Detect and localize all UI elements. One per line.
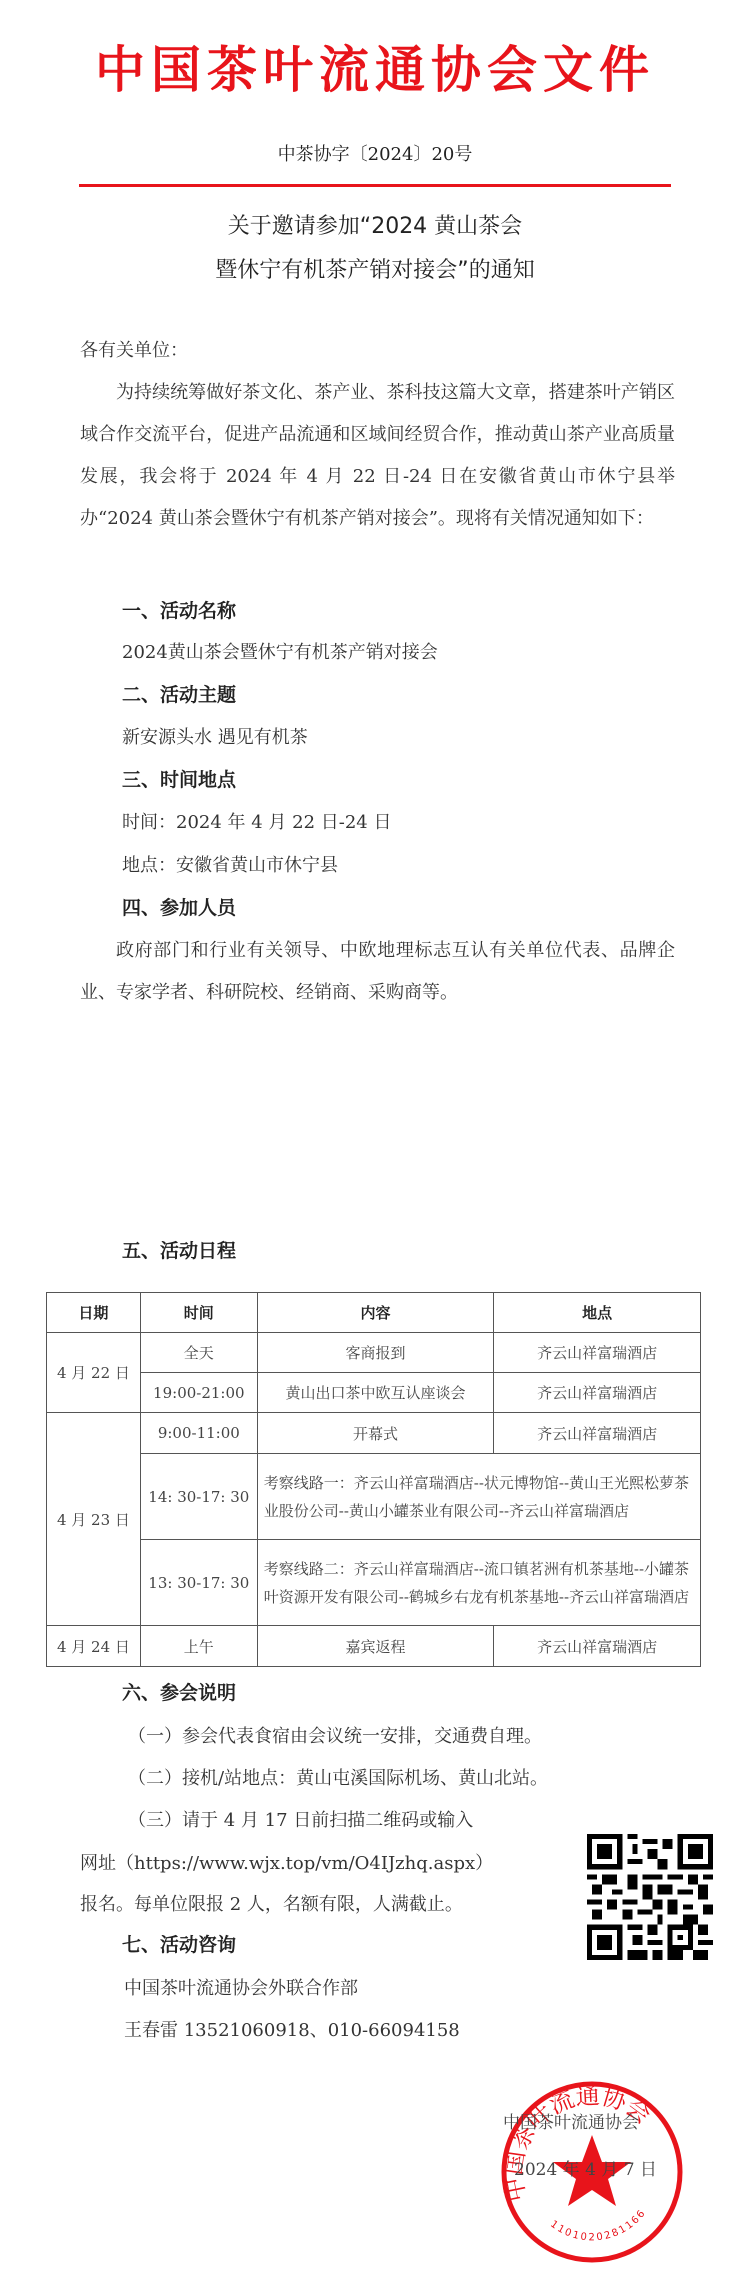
section-3-time: 时间：2024 年 4 月 22 日-24 日 bbox=[122, 802, 391, 844]
content-cell: 黄山出口茶中欧互认座谈会 bbox=[257, 1373, 494, 1413]
content-cell: 开幕式 bbox=[257, 1413, 494, 1454]
place-cell: 齐云山祥富瑞酒店 bbox=[494, 1373, 701, 1413]
schedule-table: 日期 时间 内容 地点 4 月 22 日 全天 客商报到 齐云山祥富瑞酒店 19… bbox=[46, 1292, 701, 1667]
contact-department: 中国茶叶流通协会外联合作部 bbox=[124, 1968, 358, 2010]
document-number: 中茶协字〔2024〕20号 bbox=[0, 140, 750, 166]
notice-title-line1: 关于邀请参加“2024 黄山茶会 bbox=[0, 205, 750, 249]
place-cell: 齐云山祥富瑞酒店 bbox=[494, 1626, 701, 1667]
table-row: 4 月 24 日 上午 嘉宾返程 齐云山祥富瑞酒店 bbox=[47, 1626, 701, 1667]
section-3-heading: 三、时间地点 bbox=[122, 759, 236, 801]
header-content: 内容 bbox=[257, 1293, 494, 1333]
section-4-heading: 四、参加人员 bbox=[122, 887, 236, 929]
table-row: 4 月 23 日 9:00-11:00 开幕式 齐云山祥富瑞酒店 bbox=[47, 1413, 701, 1454]
svg-text:1101020281166: 1101020281166 bbox=[548, 2207, 649, 2243]
seal-code: 1101020281166 bbox=[548, 2207, 649, 2243]
section-2-heading: 二、活动主题 bbox=[122, 674, 236, 716]
date-cell: 4 月 23 日 bbox=[47, 1413, 141, 1626]
section-6-item-3: （三）请于 4 月 17 日前扫描二维码或输入 bbox=[128, 1800, 473, 1842]
content-cell-route-1: 考察线路一：齐云山祥富瑞酒店--状元博物馆--黄山王光熙松萝茶业股份公司--黄山… bbox=[257, 1454, 700, 1540]
time-cell: 9:00-11:00 bbox=[140, 1413, 257, 1454]
contact-info: 王春雷 13521060918、010-66094158 bbox=[124, 2010, 460, 2052]
header-time: 时间 bbox=[140, 1293, 257, 1333]
date-cell: 4 月 22 日 bbox=[47, 1333, 141, 1413]
section-3-place: 地点：安徽省黄山市休宁县 bbox=[122, 845, 338, 887]
section-1-heading: 一、活动名称 bbox=[122, 590, 236, 632]
content-cell-route-2: 考察线路二：齐云山祥富瑞酒店--流口镇茗洲有机茶基地--小罐茶叶资源开发有限公司… bbox=[257, 1540, 700, 1626]
time-cell: 19:00-21:00 bbox=[140, 1373, 257, 1413]
place-cell: 齐云山祥富瑞酒店 bbox=[494, 1333, 701, 1373]
place-cell: 齐云山祥富瑞酒店 bbox=[494, 1413, 701, 1454]
table-header-row: 日期 时间 内容 地点 bbox=[47, 1293, 701, 1333]
notice-title-line2: 暨休宁有机茶产销对接会”的通知 bbox=[0, 249, 750, 293]
intro-paragraph: 为持续统筹做好茶文化、茶产业、茶科技这篇大文章，搭建茶叶产销区域合作交流平台，促… bbox=[80, 372, 675, 540]
signature-org: 中国茶叶流通协会 bbox=[503, 2108, 639, 2133]
qr-code-icon[interactable] bbox=[587, 1834, 713, 1960]
content-cell: 客商报到 bbox=[257, 1333, 494, 1373]
date-cell: 4 月 24 日 bbox=[47, 1626, 141, 1667]
section-5-heading: 五、活动日程 bbox=[122, 1230, 236, 1272]
time-cell: 14: 30-17: 30 bbox=[140, 1454, 257, 1540]
section-1-text: 2024黄山茶会暨休宁有机茶产销对接会 bbox=[122, 632, 438, 674]
red-divider bbox=[79, 184, 671, 187]
registration-url[interactable]: 网址（https://www.wjx.top/vm/O4IJzhq.aspx） bbox=[80, 1843, 493, 1885]
section-2-text: 新安源头水 遇见有机茶 bbox=[122, 717, 308, 759]
header-place: 地点 bbox=[494, 1293, 701, 1333]
time-cell: 上午 bbox=[140, 1626, 257, 1667]
header-date: 日期 bbox=[47, 1293, 141, 1333]
time-cell: 全天 bbox=[140, 1333, 257, 1373]
table-row: 19:00-21:00 黄山出口茶中欧互认座谈会 齐云山祥富瑞酒店 bbox=[47, 1373, 701, 1413]
section-6-item-2: （二）接机/站地点：黄山屯溪国际机场、黄山北站。 bbox=[128, 1758, 548, 1800]
registration-note: 报名。每单位限报 2 人，名额有限，人满截止。 bbox=[80, 1884, 463, 1926]
section-6-item-1: （一）参会代表食宿由会议统一安排，交通费自理。 bbox=[128, 1716, 542, 1758]
notice-title: 关于邀请参加“2024 黄山茶会 暨休宁有机茶产销对接会”的通知 bbox=[0, 205, 750, 293]
time-cell: 13: 30-17: 30 bbox=[140, 1540, 257, 1626]
content-cell: 嘉宾返程 bbox=[257, 1626, 494, 1667]
salutation: 各有关单位： bbox=[80, 330, 675, 372]
org-title: 中国茶叶流通协会文件 bbox=[0, 40, 750, 100]
signature-date: 2024 年 4 月 7 日 bbox=[514, 2155, 657, 2180]
table-row: 14: 30-17: 30 考察线路一：齐云山祥富瑞酒店--状元博物馆--黄山王… bbox=[47, 1454, 701, 1540]
table-row: 4 月 22 日 全天 客商报到 齐云山祥富瑞酒店 bbox=[47, 1333, 701, 1373]
section-6-heading: 六、参会说明 bbox=[122, 1672, 236, 1714]
section-4-text: 政府部门和行业有关领导、中欧地理标志互认有关单位代表、品牌企业、专家学者、科研院… bbox=[80, 930, 675, 1014]
section-7-heading: 七、活动咨询 bbox=[122, 1924, 236, 1966]
table-row: 13: 30-17: 30 考察线路二：齐云山祥富瑞酒店--流口镇茗洲有机茶基地… bbox=[47, 1540, 701, 1626]
